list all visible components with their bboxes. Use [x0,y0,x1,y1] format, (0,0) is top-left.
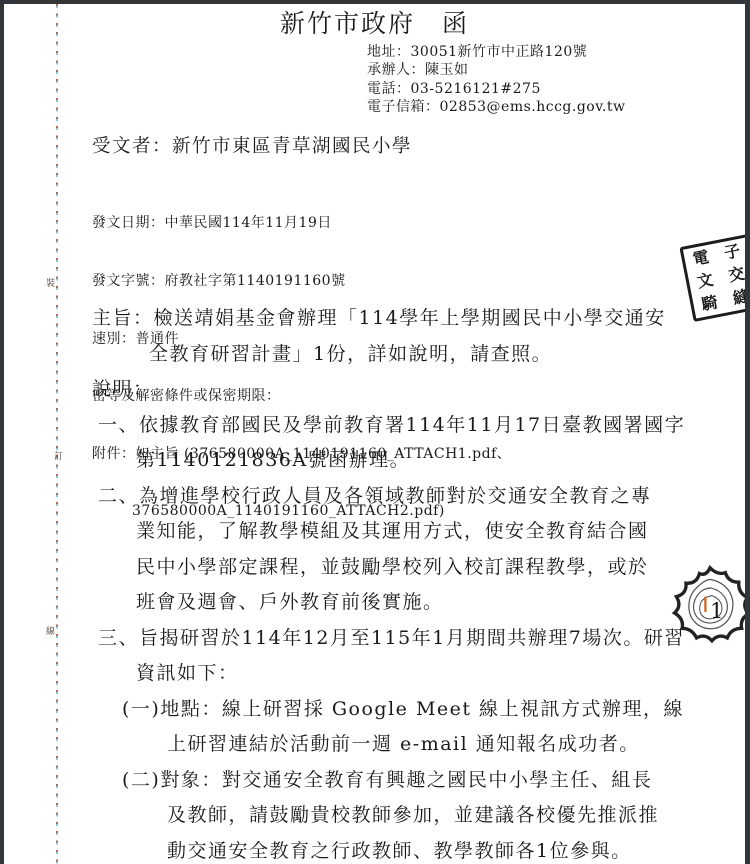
recipient-line: 受文者：新竹市東區青草湖國民小學 [92,136,412,158]
item-3-line-1: 三、旨揭研習於114年12月至115年1月期間共辦理7場次。研習 [98,628,685,650]
subject-line-1: 主旨：檢送靖娟基金會辦理「114學年上學期國民中小學交通安 [92,308,666,330]
item-2-line-4: 班會及週會、戶外教育前後實施。 [136,592,444,614]
document-title: 新竹市政府 函 [4,10,745,39]
contact-phone: 電話：03-5216121#275 [367,80,626,98]
contour-page-seal: 1 [662,564,745,660]
binding-dotted-line [56,4,58,864]
explanation-heading: 說明： [92,379,154,401]
item-1-line-1: 一、依據教育部國民及學前教育署114年11月17日臺教國署國字 [98,415,685,437]
stamp-char: 縫 [732,288,745,307]
sub-item-2-line-1: (二)對象：對交通安全教育有興趣之國民中小學主任、組長 [122,770,652,792]
contact-address: 地址：30051新竹市中正路120號 [367,43,626,61]
stamp-char: 子 [723,243,742,262]
subject-line-2: 全教育研習計畫」1份，詳如說明，請查照。 [149,344,552,366]
item-1-line-2: 第1140121836A號函辦理。 [136,450,410,472]
binding-mark-xian: 線 [46,628,55,637]
contact-email: 電子信箱：02853@ems.hccg.gov.tw [367,98,626,116]
stamp-char: 交 [727,266,745,285]
document-page: 裝 訂 線 新竹市政府 函 地址：30051新竹市中正路120號 承辦人：陳玉如… [4,4,745,864]
screenshot-root: { "colors": { "frame": "#333638", "page"… [0,0,750,864]
stamp-char: 電 [691,249,710,268]
item-2-line-2: 業知能，了解教學模組及其運用方式，使安全教育結合國 [136,521,649,543]
sub-item-2-line-3: 動交通安全教育之行政教師、教學教師各1位參與。 [167,841,632,863]
item-2-line-1: 二、為增進學校行政人員及各領域教師對於交通安全教育之專 [98,486,652,508]
meta-security-class: 密等及解密條件或保密期限： [92,387,511,406]
meta-issue-date: 發文日期：中華民國114年11月19日 [92,214,511,233]
electronic-exchange-stamp: 電 子 文 交 騎 縫 [679,234,745,322]
contact-block: 地址：30051新竹市中正路120號 承辦人：陳玉如 電話：03-5216121… [367,43,626,117]
item-3-line-2: 資訊如下： [136,663,239,685]
item-2-line-3: 民中小學部定課程，並鼓勵學校列入校訂課程教學，或於 [136,557,649,579]
sub-item-1-line-1: (一)地點：線上研習採 Google Meet 線上視訊方式辦理，線 [122,699,684,721]
seal-page-number: 1 [710,598,723,623]
sub-item-2-line-2: 及教師，請鼓勵貴校教師參加，並建議各校優先推派推 [167,805,659,827]
stamp-char: 騎 [700,295,719,314]
binding-mark-ding: 訂 [54,453,63,462]
sub-item-1-line-2: 上研習連結於活動前一週 e-mail 通知報名成功者。 [167,734,640,756]
stamp-char: 文 [696,272,715,291]
seal-orange-tick [704,597,706,612]
binding-mark-zhuang: 裝 [46,280,55,289]
contact-person: 承辦人：陳玉如 [367,61,626,79]
meta-doc-number: 發文字號：府教社字第1140191160號 [92,272,511,291]
